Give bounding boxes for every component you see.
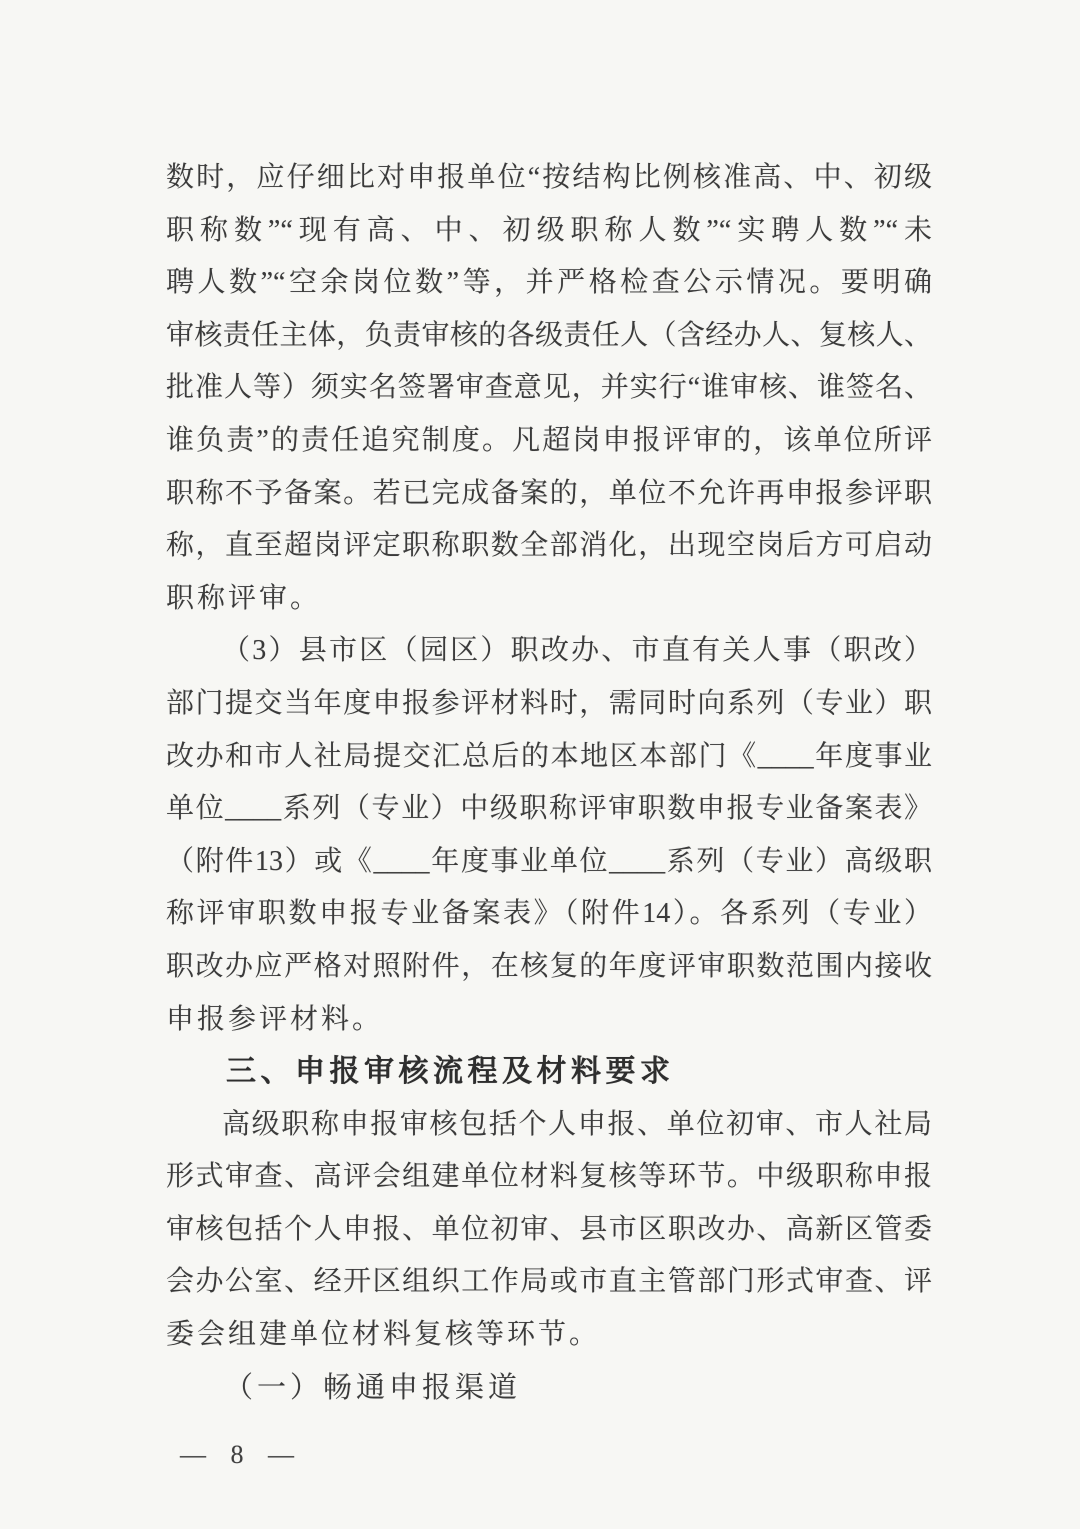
body-line-19: 高级职称申报审核包括个人申报、单位初审、市人社局 xyxy=(166,1099,932,1152)
body-line-22: 会办公室、经开区组织工作局或市直主管部门形式审查、评 xyxy=(166,1256,932,1309)
body-line-23: 委会组建单位材料复核等环节。 xyxy=(166,1309,932,1362)
body-line-12: 改办和市人社局提交汇总后的本地区本部门《____年度事业 xyxy=(166,731,932,784)
body-line-8: 称，直至超岗评定职称职数全部消化，出现空岗后方可启动 xyxy=(166,520,932,573)
body-line-5: 批准人等）须实名签署审查意见，并实行“谁审核、谁签名、 xyxy=(166,362,932,415)
body-line-7: 职称不予备案。若已完成备案的，单位不允许再申报参评职 xyxy=(166,468,932,521)
document-page: 数时，应仔细比对申报单位“按结构比例核准高、中、初级职称数”“现有高、中、初级职… xyxy=(0,0,1080,1529)
page-number: — 8 — xyxy=(180,1440,296,1470)
body-line-10: （3）县市区（园区）职改办、市直有关人事（职改） xyxy=(166,625,932,678)
subsection-heading-24: （一）畅通申报渠道 xyxy=(166,1362,932,1415)
body-line-3: 聘人数”“空余岗位数”等，并严格检查公示情况。要明确 xyxy=(166,257,932,310)
body-line-21: 审核包括个人申报、单位初审、县市区职改办、高新区管委 xyxy=(166,1204,932,1257)
body-line-11: 部门提交当年度申报参评材料时，需同时向系列（专业）职 xyxy=(166,678,932,731)
body-line-4: 审核责任主体，负责审核的各级责任人（含经办人、复核人、 xyxy=(166,310,932,363)
body-line-1: 数时，应仔细比对申报单位“按结构比例核准高、中、初级 xyxy=(166,152,932,205)
body-line-14: （附件13）或《____年度事业单位____系列（专业）高级职 xyxy=(166,836,932,889)
section-heading-18: 三、申报审核流程及材料要求 xyxy=(166,1046,932,1099)
body-line-15: 称评审职数申报专业备案表》（附件14）。各系列（专业） xyxy=(166,888,932,941)
body-line-13: 单位____系列（专业）中级职称评审职数申报专业备案表》 xyxy=(166,783,932,836)
body-line-16: 职改办应严格对照附件，在核复的年度评审职数范围内接收 xyxy=(166,941,932,994)
body-line-17: 申报参评材料。 xyxy=(166,994,932,1047)
document-body: 数时，应仔细比对申报单位“按结构比例核准高、中、初级职称数”“现有高、中、初级职… xyxy=(166,152,932,1414)
body-line-2: 职称数”“现有高、中、初级职称人数”“实聘人数”“未 xyxy=(166,205,932,258)
body-line-20: 形式审查、高评会组建单位材料复核等环节。中级职称申报 xyxy=(166,1151,932,1204)
body-line-6: 谁负责”的责任追究制度。凡超岗申报评审的，该单位所评 xyxy=(166,415,932,468)
body-line-9: 职称评审。 xyxy=(166,573,932,626)
